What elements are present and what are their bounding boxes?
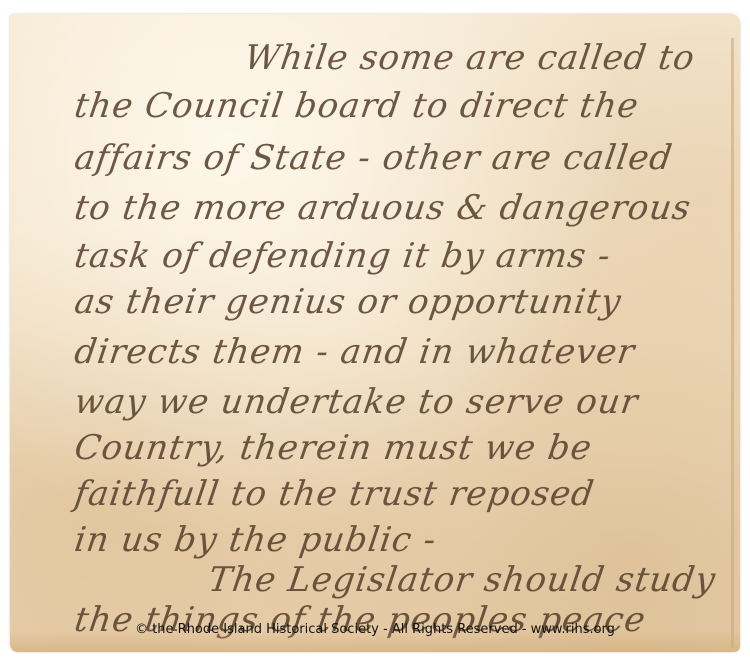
manuscript-line: in us by the public - bbox=[72, 520, 439, 560]
manuscript-line: the Council board to direct the bbox=[72, 86, 641, 126]
manuscript-line: as their genius or opportunity bbox=[72, 282, 624, 322]
handwritten-text: While some are called to the Council boa… bbox=[10, 14, 740, 652]
manuscript-line: to the more arduous & dangerous bbox=[72, 188, 694, 228]
manuscript-page: While some are called to the Council boa… bbox=[10, 14, 740, 652]
manuscript-line: directs them - and in whatever bbox=[72, 332, 638, 372]
manuscript-line: The Legislator should study bbox=[206, 560, 718, 600]
manuscript-line: faithfull to the trust reposed bbox=[72, 474, 597, 514]
manuscript-line: While some are called to bbox=[242, 38, 698, 78]
manuscript-line: task of defending it by arms - bbox=[72, 236, 614, 276]
copyright-watermark: © the Rhode Island Historical Society - … bbox=[0, 622, 750, 637]
manuscript-line: affairs of State - other are called bbox=[72, 138, 675, 178]
manuscript-line: Country, therein must we be bbox=[72, 428, 595, 468]
manuscript-line: way we undertake to serve our bbox=[72, 382, 641, 422]
